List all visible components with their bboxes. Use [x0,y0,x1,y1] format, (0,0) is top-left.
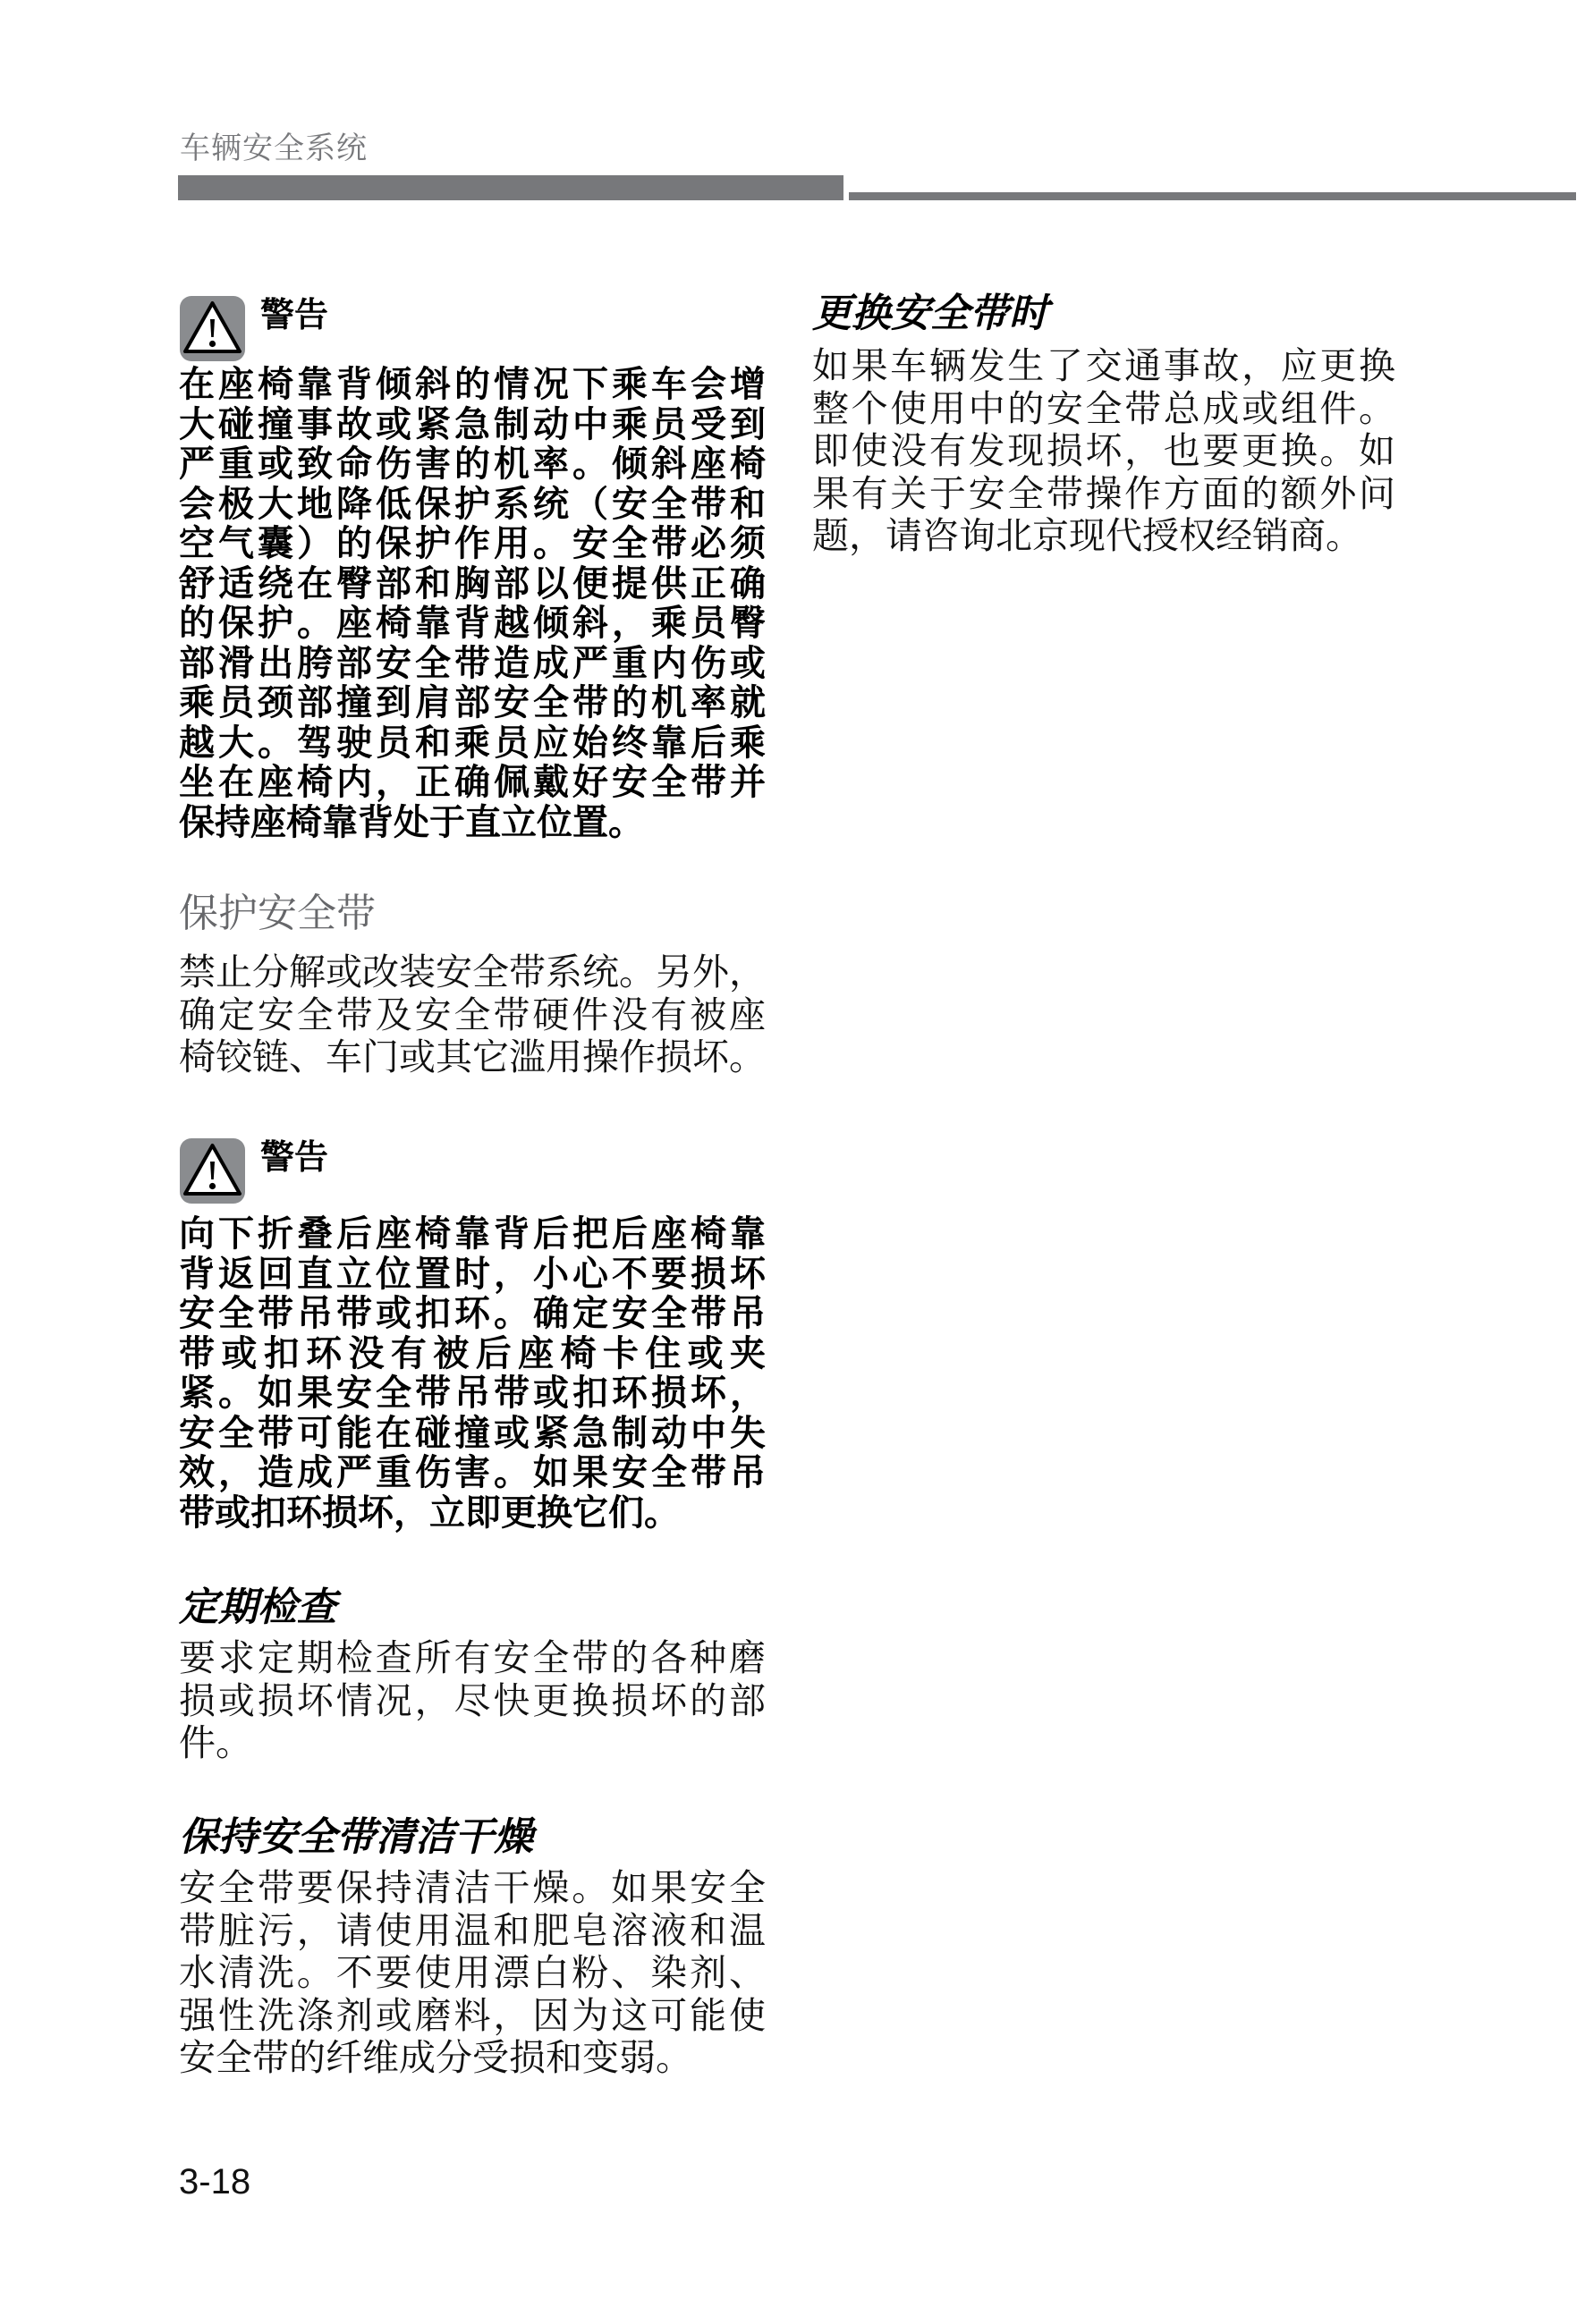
text-line: 安全带吊带或扣环。确定安全带吊 [179,1294,766,1334]
text-line: 向下折叠后座椅靠背后把后座椅靠 [179,1214,766,1255]
text-line: 果有关于安全带操作方面的额外问 [812,473,1395,516]
text-line: 的保护。座椅靠背越倾斜，乘员臀 [179,604,766,644]
warning-1-text: 在座椅靠背倾斜的情况下乘车会增大碰撞事故或紧急制动中乘员受到严重或致命伤害的机率… [179,365,766,842]
text-line: 背返回直立位置时，小心不要损坏 [179,1255,766,1295]
text-line: 强性洗涤剂或磨料，因为这可能使 [179,1995,766,2038]
section-text-replace-seatbelt: 如果车辆发生了交通事故，应更换整个使用中的安全带总成或组件。即使没有发现损坏，也… [812,345,1395,558]
manual-page: 车辆安全系统 警告 在座椅靠背倾斜的情况下乘车会增大碰撞事故或紧急制动中乘员受到… [0,0,1585,2324]
text-line: 安全带可能在碰撞或紧急制动中失 [179,1414,766,1454]
text-line: 坐在座椅内，正确佩戴好安全带并 [179,763,766,803]
text-line: 乘员颈部撞到肩部安全带的机率就 [179,683,766,723]
section-text-protect-seatbelt: 禁止分解或改装安全带系统。另外，确定安全带及安全带硬件没有被座椅铰链、车门或其它… [179,951,766,1079]
warning-box-2-header: 警告 [179,1137,766,1204]
text-line: 损或损坏情况，尽快更换损坏的部 [179,1680,766,1723]
text-line: 大碰撞事故或紧急制动中乘员受到 [179,405,766,445]
text-line: 会极大地降低保护系统（安全带和 [179,485,766,525]
text-line: 越大。驾驶员和乘员应始终靠后乘 [179,723,766,764]
warning-triangle-icon [179,1137,246,1204]
text-line: 紧。如果安全带吊带或扣环损坏， [179,1373,766,1414]
text-line: 椅铰链、车门或其它滥用操作损坏。 [179,1036,766,1079]
text-line: 如果车辆发生了交通事故，应更换 [812,345,1395,388]
text-line: 效，造成严重伤害。如果安全带吊 [179,1453,766,1493]
section-heading-periodic-inspection: 定期检查 [179,1585,766,1631]
text-line: 舒适绕在臀部和胸部以便提供正确 [179,564,766,604]
text-line: 水清洗。不要使用漂白粉、染剂、 [179,1952,766,1995]
text-line: 件。 [179,1722,766,1765]
section-heading-keep-clean-dry: 保持安全带清洁干燥 [179,1814,766,1861]
text-line: 禁止分解或改装安全带系统。另外， [179,951,766,994]
warning-triangle-icon-svg [179,1137,246,1204]
text-line: 整个使用中的安全带总成或组件。 [812,388,1395,431]
text-line: 空气囊）的保护作用。安全带必须 [179,524,766,564]
text-line: 带或扣环没有被后座椅卡住或夹 [179,1334,766,1374]
text-line: 严重或致命伤害的机率。倾斜座椅 [179,444,766,485]
text-line: 即使没有发现损坏，也要更换。如 [812,430,1395,473]
warning-2-title: 警告 [260,1139,328,1177]
page-header-title: 车辆安全系统 [180,131,368,166]
text-line: 确定安全带及安全带硬件没有被座 [179,994,766,1037]
header-rule-thick [178,175,843,200]
text-line: 题，请咨询北京现代授权经销商。 [812,515,1395,558]
section-text-keep-clean-dry: 安全带要保持清洁干燥。如果安全带脏污，请使用温和肥皂溶液和温水清洗。不要使用漂白… [179,1867,766,2080]
page-number: 3-18 [179,2162,250,2201]
header-rule-thin [849,192,1576,200]
text-line: 在座椅靠背倾斜的情况下乘车会增 [179,365,766,405]
section-text-periodic-inspection: 要求定期检查所有安全带的各种磨损或损坏情况，尽快更换损坏的部件。 [179,1637,766,1765]
section-heading-replace-seatbelt: 更换安全带时 [812,291,1395,337]
text-line: 安全带的纤维成分受损和变弱。 [179,2037,766,2080]
text-line: 带或扣环损坏，立即更换它们。 [179,1493,766,1534]
warning-1-title: 警告 [260,297,328,334]
warning-triangle-icon-svg [179,295,246,362]
text-line: 保持座椅靠背处于直立位置。 [179,803,766,843]
text-line: 部滑出胯部安全带造成严重内伤或 [179,644,766,684]
warning-triangle-icon [179,295,246,362]
text-line: 要求定期检查所有安全带的各种磨 [179,1637,766,1680]
warning-2-text: 向下折叠后座椅靠背后把后座椅靠背返回直立位置时，小心不要损坏安全带吊带或扣环。确… [179,1214,766,1533]
text-line: 带脏污，请使用温和肥皂溶液和温 [179,1910,766,1953]
warning-box-1-header: 警告 [179,295,766,362]
text-line: 安全带要保持清洁干燥。如果安全 [179,1867,766,1910]
section-heading-protect-seatbelt: 保护安全带 [179,891,766,937]
